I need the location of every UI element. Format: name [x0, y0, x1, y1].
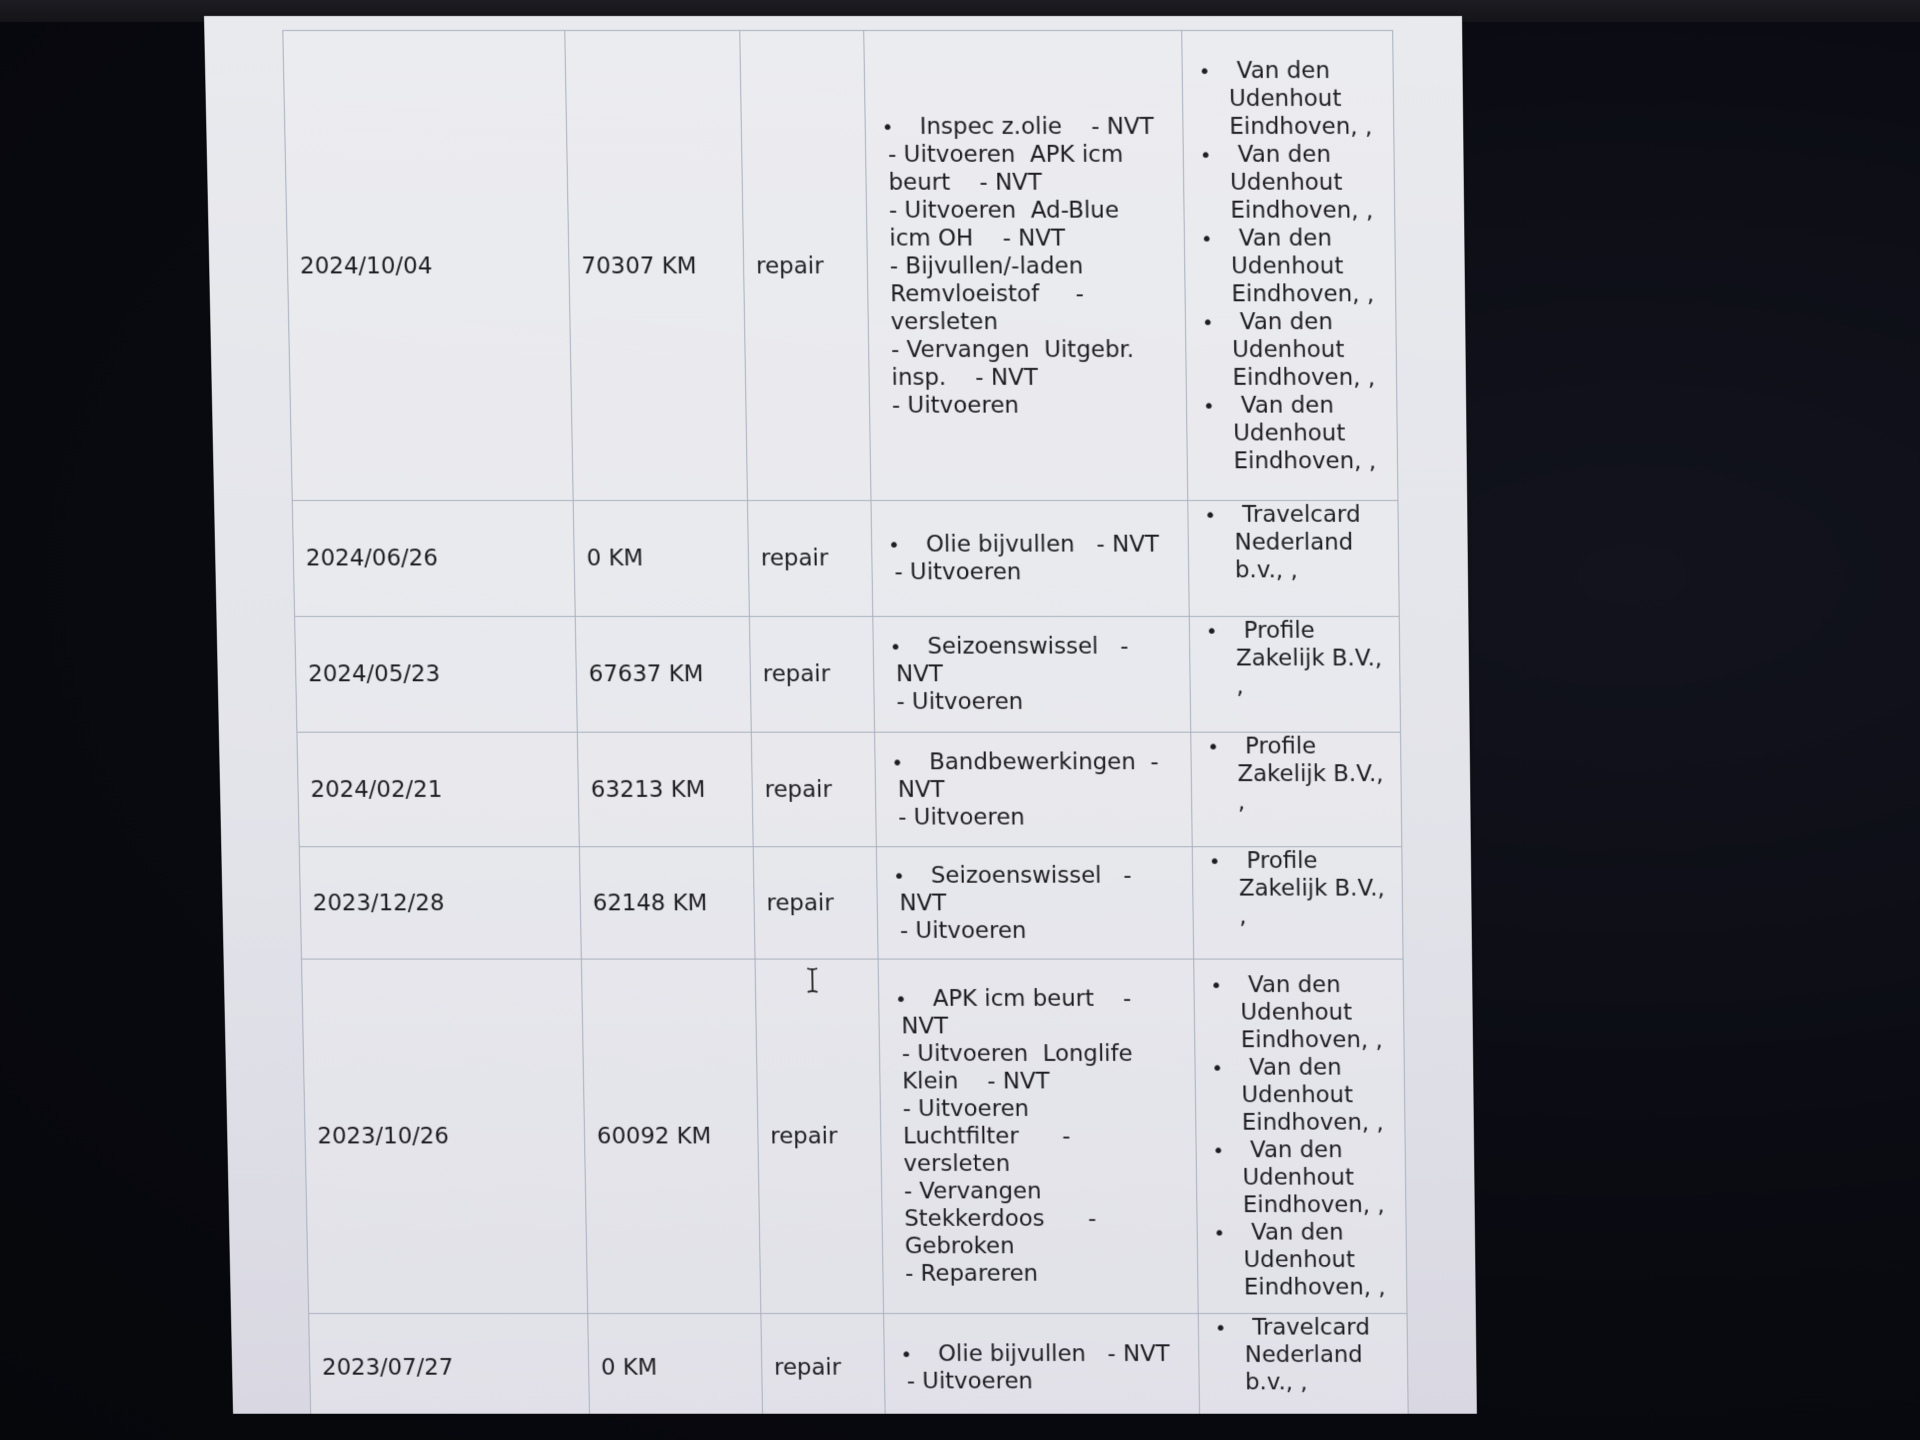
- garage-name-line: Nederland: [1245, 1341, 1396, 1368]
- garage-name-line: Van den: [1249, 1054, 1392, 1082]
- table-row: 2024/06/26 0 KM repair Olie bijvullen - …: [292, 500, 1399, 616]
- garage-item: ProfileZakelijk B.V.,,: [1203, 733, 1389, 816]
- description-line: APK icm beurt -: [933, 985, 1182, 1013]
- service-description: APK icm beurt -NVT- Uitvoeren LonglifeKl…: [878, 959, 1198, 1313]
- description-line: NVT: [899, 889, 1180, 917]
- description-line: Klein - NVT: [902, 1068, 1183, 1096]
- description-line: - Uitvoeren Ad-Blue: [889, 196, 1172, 224]
- description-line: versleten: [903, 1150, 1184, 1177]
- description-line: Bandbewerkingen -: [929, 748, 1179, 776]
- description-line: beurt - NVT: [888, 168, 1171, 196]
- table-row: 2023/07/27 0 KM repair Olie bijvullen - …: [309, 1314, 1409, 1414]
- garage-name-line: b.v., ,: [1235, 557, 1387, 585]
- garage-name-line: Profile: [1243, 617, 1387, 645]
- description-line: Olie bijvullen - NVT: [938, 1340, 1187, 1367]
- garage-name-line: Udenhout: [1231, 252, 1383, 280]
- odometer-reading: 62148 KM: [579, 847, 755, 959]
- service-description: Olie bijvullen - NVT- Uitvoeren: [871, 500, 1189, 616]
- garage-name-line: Udenhout: [1232, 336, 1384, 364]
- service-date: 2024/06/26: [292, 500, 575, 616]
- description-line: - Uitvoeren: [898, 803, 1180, 831]
- service-date: 2024/05/23: [295, 616, 578, 732]
- service-description: Olie bijvullen - NVT- Uitvoeren: [884, 1314, 1200, 1414]
- service-type: repair: [761, 1314, 885, 1414]
- garage-item: TravelcardNederlandb.v., ,: [1200, 501, 1386, 584]
- description-line: Remvloeistof -: [890, 280, 1173, 308]
- service-type: repair: [740, 30, 871, 500]
- garage-list: ProfileZakelijk B.V.,,: [1192, 847, 1403, 959]
- description-item: Inspec z.olie - NVT- Uitvoeren APK icmbe…: [877, 112, 1174, 419]
- garage-list: Van denUdenhoutEindhoven, ,Van denUdenho…: [1194, 959, 1407, 1313]
- service-description: Inspec z.olie - NVT- Uitvoeren APK icmbe…: [864, 30, 1188, 500]
- garage-name-line: Van den: [1240, 308, 1384, 336]
- garage-name-line: Eindhoven, ,: [1241, 1026, 1392, 1054]
- garage-list: Van denUdenhoutEindhoven, ,Van denUdenho…: [1182, 30, 1398, 500]
- table-row: 2024/02/21 63213 KM repair Bandbewerking…: [297, 732, 1402, 847]
- garage-list: ProfileZakelijk B.V.,,: [1191, 732, 1402, 847]
- description-line: NVT: [896, 660, 1178, 688]
- garage-item: Van denUdenhoutEindhoven, ,: [1198, 308, 1385, 392]
- description-line: - Bijvullen/-laden: [890, 252, 1173, 280]
- garage-item: Van denUdenhoutEindhoven, ,: [1208, 1137, 1393, 1219]
- garage-name-line: Travelcard: [1252, 1314, 1395, 1341]
- maintenance-history-table: 2024/10/04 70307 KM repair Inspec z.olie…: [282, 30, 1408, 1414]
- garage-name-line: Udenhout: [1243, 1246, 1394, 1273]
- garage-name-line: ,: [1238, 788, 1389, 816]
- table-row: 2023/12/28 62148 KM repair Seizoenswisse…: [299, 847, 1403, 959]
- garage-name-line: Eindhoven, ,: [1243, 1192, 1394, 1219]
- garage-name-line: Van den: [1239, 224, 1383, 252]
- description-line: NVT: [898, 776, 1180, 804]
- garage-item: Van denUdenhoutEindhoven, ,: [1195, 56, 1382, 140]
- description-line: insp. - NVT: [891, 363, 1174, 391]
- service-date: 2024/10/04: [283, 30, 573, 500]
- garage-name-line: Van den: [1241, 391, 1385, 419]
- description-line: - Vervangen Uitgebr.: [891, 336, 1174, 364]
- service-description: Bandbewerkingen -NVT- Uitvoeren: [875, 732, 1193, 847]
- odometer-reading: 0 KM: [573, 500, 749, 616]
- service-date: 2023/07/27: [309, 1314, 590, 1414]
- garage-name-line: Udenhout: [1241, 1082, 1392, 1110]
- description-line: - Vervangen: [904, 1178, 1185, 1205]
- description-item: APK icm beurt -NVT- Uitvoeren LonglifeKl…: [891, 985, 1186, 1287]
- table-row: 2024/10/04 70307 KM repair Inspec z.olie…: [283, 30, 1398, 500]
- odometer-reading: 67637 KM: [575, 616, 751, 732]
- description-line: - Uitvoeren APK icm: [888, 140, 1171, 168]
- garage-name-line: Van den: [1238, 140, 1382, 168]
- garage-name-line: Profile: [1245, 733, 1388, 761]
- garage-name-line: Udenhout: [1233, 419, 1385, 447]
- garage-name-line: Eindhoven, ,: [1244, 1274, 1395, 1301]
- garage-name-line: Eindhoven, ,: [1231, 280, 1383, 308]
- garage-name-line: Eindhoven, ,: [1229, 112, 1381, 140]
- garage-item: ProfileZakelijk B.V.,,: [1202, 617, 1388, 700]
- garage-name-line: Van den: [1237, 56, 1381, 84]
- description-line: NVT: [901, 1013, 1182, 1041]
- table-row: 2024/05/23 67637 KM repair Seizoenswisse…: [295, 616, 1401, 732]
- garage-name-line: Eindhoven, ,: [1233, 447, 1385, 475]
- description-item: Olie bijvullen - NVT- Uitvoeren: [896, 1340, 1187, 1395]
- table-row: 2023/10/26 60092 KM repair APK icm beurt…: [302, 959, 1408, 1313]
- service-type: repair: [749, 616, 874, 732]
- service-description: Seizoenswissel -NVT- Uitvoeren: [873, 616, 1191, 732]
- description-line: Inspec z.olie - NVT: [919, 112, 1170, 140]
- garage-name-line: Zakelijk B.V.,: [1239, 875, 1390, 903]
- description-line: - Uitvoeren Longlife: [902, 1040, 1183, 1068]
- description-line: Stekkerdoos -: [904, 1205, 1185, 1232]
- service-type: repair: [747, 500, 872, 616]
- description-line: - Uitvoeren: [902, 1095, 1183, 1123]
- description-item: Olie bijvullen - NVT- Uitvoeren: [884, 531, 1177, 586]
- description-line: - Uitvoeren: [900, 917, 1181, 945]
- garage-item: TravelcardNederlandb.v., ,: [1211, 1314, 1396, 1396]
- garage-list: TravelcardNederlandb.v., ,: [1188, 500, 1399, 616]
- document-page: 2024/10/04 70307 KM repair Inspec z.olie…: [204, 16, 1477, 1414]
- description-line: - Uitvoeren: [892, 391, 1175, 419]
- garage-item: Van denUdenhoutEindhoven, ,: [1196, 140, 1383, 224]
- garage-name-line: Udenhout: [1229, 84, 1381, 112]
- description-line: - Uitvoeren: [896, 688, 1178, 716]
- odometer-reading: 0 KM: [588, 1314, 763, 1414]
- garage-list: ProfileZakelijk B.V.,,: [1189, 616, 1400, 732]
- garage-name-line: Eindhoven, ,: [1230, 196, 1382, 224]
- service-type: repair: [753, 847, 878, 959]
- odometer-reading: 70307 KM: [565, 30, 748, 500]
- description-line: Seizoenswissel -: [927, 633, 1177, 661]
- garage-name-line: Van den: [1250, 1137, 1393, 1164]
- garage-name-line: Travelcard: [1242, 501, 1386, 529]
- garage-name-line: Eindhoven, ,: [1232, 363, 1384, 391]
- service-date: 2023/12/28: [299, 847, 581, 959]
- garage-name-line: Zakelijk B.V.,: [1236, 645, 1388, 673]
- garage-item: Van denUdenhoutEindhoven, ,: [1209, 1219, 1394, 1301]
- description-line: Seizoenswissel -: [931, 862, 1181, 890]
- odometer-reading: 60092 KM: [581, 959, 761, 1313]
- garage-item: Van denUdenhoutEindhoven, ,: [1206, 971, 1392, 1054]
- garage-item: Van denUdenhoutEindhoven, ,: [1207, 1054, 1392, 1137]
- description-line: icm OH - NVT: [889, 224, 1172, 252]
- garage-name-line: Profile: [1246, 847, 1389, 875]
- description-item: Bandbewerkingen -NVT- Uitvoeren: [887, 748, 1179, 831]
- description-item: Seizoenswissel -NVT- Uitvoeren: [885, 633, 1178, 716]
- description-line: versleten: [890, 308, 1173, 336]
- service-date: 2023/10/26: [302, 959, 588, 1313]
- description-line: - Repareren: [905, 1260, 1186, 1287]
- garage-item: Van denUdenhoutEindhoven, ,: [1197, 224, 1384, 308]
- service-date: 2024/02/21: [297, 732, 579, 847]
- description-line: Gebroken: [905, 1233, 1186, 1260]
- description-line: Luchtfilter -: [903, 1123, 1184, 1150]
- garage-name-line: Zakelijk B.V.,: [1237, 760, 1388, 788]
- text-cursor-icon: [805, 967, 819, 993]
- garage-name-line: Udenhout: [1240, 999, 1391, 1027]
- service-type: repair: [751, 732, 876, 847]
- garage-item: ProfileZakelijk B.V.,,: [1205, 847, 1391, 930]
- service-description: Seizoenswissel -NVT- Uitvoeren: [876, 847, 1193, 959]
- garage-name-line: Nederland: [1234, 529, 1386, 557]
- description-line: - Uitvoeren: [907, 1367, 1187, 1394]
- description-item: Seizoenswissel -NVT- Uitvoeren: [889, 862, 1181, 945]
- garage-item: Van denUdenhoutEindhoven, ,: [1199, 391, 1385, 474]
- garage-name-line: Eindhoven, ,: [1242, 1109, 1393, 1136]
- garage-name-line: b.v., ,: [1245, 1369, 1396, 1396]
- garage-name-line: ,: [1239, 902, 1390, 930]
- description-line: Olie bijvullen - NVT: [926, 531, 1176, 559]
- garage-list: TravelcardNederlandb.v., ,: [1198, 1314, 1408, 1414]
- odometer-reading: 63213 KM: [577, 732, 753, 847]
- garage-name-line: Van den: [1251, 1219, 1394, 1246]
- description-line: - Uitvoeren: [894, 558, 1176, 586]
- garage-name-line: Van den: [1248, 971, 1391, 999]
- service-type: repair: [755, 959, 884, 1313]
- garage-name-line: ,: [1236, 672, 1388, 700]
- garage-name-line: Udenhout: [1242, 1164, 1393, 1191]
- garage-name-line: Udenhout: [1230, 168, 1382, 196]
